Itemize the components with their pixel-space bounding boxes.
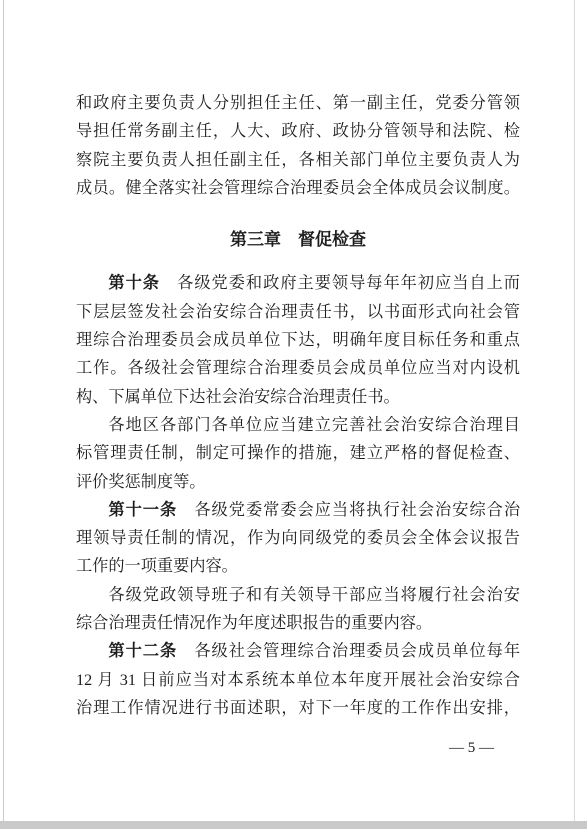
article-text: 各级党委和政府主要领导每年年初应当自上而 (160, 274, 520, 292)
text-line: 12 月 31 日前应当对本系统本单位本年度开展社会治安综合 (76, 666, 520, 694)
text-line: 工作的一项重要内容。 (76, 552, 520, 580)
chapter-heading: 第三章 督促检查 (76, 226, 520, 254)
text-line: 理综合治理委员会成员单位下达，明确年度目标任务和重点 (76, 326, 520, 354)
article-first-line: 第十一条 各级党委常委会应当将执行社会治安综合治 (76, 496, 520, 524)
text-line: 理领导责任制的情况，作为向同级党的委员会全体会议报告 (76, 524, 520, 552)
article-text: 各级党委常委会应当将执行社会治安综合治 (177, 501, 520, 519)
article-first-line: 第十二条 各级社会管理综合治理委员会成员单位每年 (76, 637, 520, 665)
text-line: 综合治理责任情况作为年度述职报告的重要内容。 (76, 609, 520, 637)
text-line: 评价奖惩制度等。 (76, 468, 520, 496)
scan-strip-bottom (0, 821, 587, 829)
article-text: 各级社会管理综合治理委员会成员单位每年 (177, 642, 520, 660)
text-line: 各地区各部门各单位应当建立完善社会治安综合治理目 (76, 411, 520, 439)
article-first-line: 第十条 各级党委和政府主要领导每年年初应当自上而 (76, 269, 520, 297)
article-number: 第十二条 (108, 642, 177, 660)
text-line: 和政府主要负责人分别担任主任、第一副主任，党委分管领 (76, 89, 520, 117)
article-number: 第十条 (108, 274, 160, 292)
article-number: 第十一条 (108, 501, 177, 519)
text-line: 成员。健全落实社会管理综合治理委员会全体成员会议制度。 (76, 174, 520, 202)
page-number: — 5 — (76, 734, 494, 762)
text-line: 工作。各级社会管理综合治理委员会成员单位应当对内设机 (76, 354, 520, 382)
scanned-document-page: { "colors": { "page_bg": "#ffffff", "tex… (0, 0, 587, 829)
text-line: 导担任常务副主任，人大、政府、政协分管领导和法院、检 (76, 117, 520, 145)
scan-edge-left (3, 0, 4, 829)
document-body: 和政府主要负责人分别担任主任、第一副主任，党委分管领导担任常务副主任，人大、政府… (76, 89, 520, 722)
text-line: 治理工作情况进行书面述职，对下一年度的工作作出安排， (76, 694, 520, 722)
text-line: 察院主要负责人担任副主任，各相关部门单位主要负责人为 (76, 146, 520, 174)
text-line: 下层层签发社会治安综合治理责任书，以书面形式向社会管 (76, 298, 520, 326)
text-line: 各级党政领导班子和有关领导干部应当将履行社会治安 (76, 581, 520, 609)
text-line: 构、下属单位下达社会治安综合治理责任书。 (76, 383, 520, 411)
text-line: 标管理责任制，制定可操作的措施，建立严格的督促检查、 (76, 439, 520, 467)
scan-edge-right (574, 0, 575, 829)
